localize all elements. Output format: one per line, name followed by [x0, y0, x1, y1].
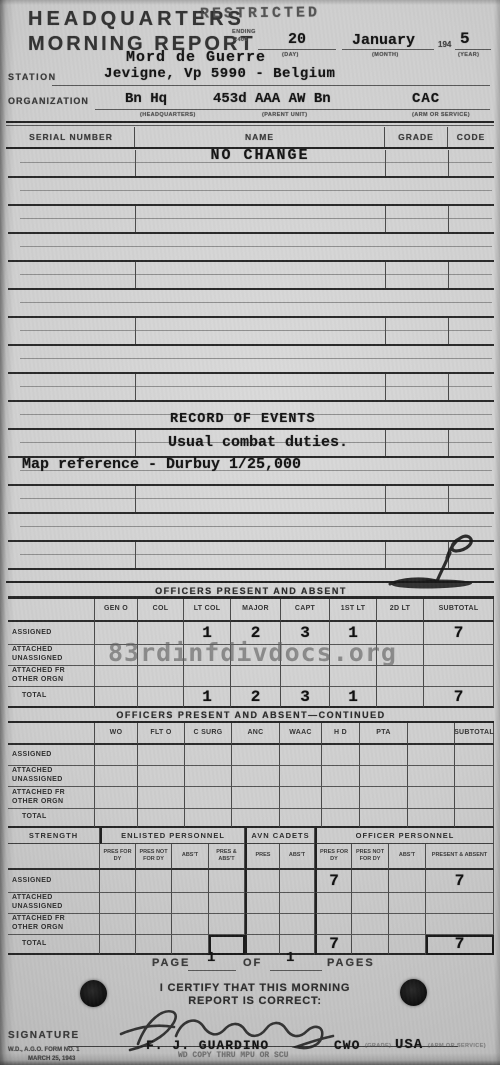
- column-divider: [448, 430, 449, 456]
- col-capt: CAPT: [281, 599, 330, 622]
- ruled-line: [20, 190, 492, 191]
- cell: 7: [426, 935, 494, 955]
- cell: [360, 809, 408, 828]
- cell: 1: [330, 687, 377, 708]
- cell: [352, 893, 389, 914]
- cell: [455, 766, 494, 787]
- column-divider: [385, 486, 386, 512]
- cell: [455, 745, 494, 766]
- ruled-line: [20, 274, 492, 275]
- cell: [245, 914, 280, 935]
- cell: [138, 766, 185, 787]
- cell: [209, 914, 245, 935]
- column-divider: [135, 262, 136, 288]
- cell: [315, 914, 352, 935]
- cell: [426, 893, 494, 914]
- column-code: CODE: [448, 127, 494, 147]
- grade-label: (GRADE): [365, 1043, 391, 1049]
- roster-row: [8, 290, 494, 318]
- cell: [389, 914, 426, 935]
- year-printed: 194: [438, 40, 451, 49]
- cell: [389, 893, 426, 914]
- signature-arm: USA: [395, 1037, 423, 1053]
- column-divider: [448, 486, 449, 512]
- column-divider: [385, 206, 386, 232]
- restricted-stamp: RESTRICTED: [200, 4, 320, 22]
- column-divider: [385, 542, 386, 568]
- cell: [377, 666, 424, 687]
- cell: [408, 809, 455, 828]
- sub-pres-for-dy: PRES FOR DY: [315, 844, 352, 870]
- column-divider: [448, 318, 449, 344]
- record-of-events-line1: Usual combat duties.: [168, 434, 348, 451]
- sub-abst: ABS'T: [172, 844, 209, 870]
- cell: 1: [184, 687, 231, 708]
- cell: [245, 870, 280, 893]
- cell: [8, 844, 100, 870]
- cell: [424, 666, 494, 687]
- cell: [322, 809, 360, 828]
- col-h-d: H D: [322, 723, 360, 745]
- cell: [95, 787, 138, 809]
- cell: [280, 766, 322, 787]
- roster-row: [8, 514, 494, 542]
- row-label: ASSIGNED: [8, 622, 95, 645]
- ruled-line: [20, 330, 492, 331]
- cell: [455, 787, 494, 809]
- row-label: ATTACHED FR OTHER ORGN: [8, 914, 100, 935]
- cell: [408, 766, 455, 787]
- column-divider: [385, 318, 386, 344]
- col-major: MAJOR: [231, 599, 281, 622]
- column-grade: GRADE: [385, 127, 448, 147]
- org-arm-value: CAC: [412, 91, 440, 107]
- cell: [280, 893, 315, 914]
- signature-typed-name: F. J. GUARDINO: [146, 1038, 269, 1053]
- col-wo: WO: [95, 723, 138, 745]
- cell: [136, 914, 172, 935]
- ruled-line: [20, 302, 492, 303]
- cell: [138, 687, 184, 708]
- pages-number: 1: [286, 950, 294, 966]
- pages-label: PAGES: [327, 957, 375, 969]
- column-divider: [135, 206, 136, 232]
- cell: [100, 914, 136, 935]
- group-officer-personnel: OFFICER PERSONNEL: [315, 828, 494, 844]
- col-pta: PTA: [360, 723, 408, 745]
- ruled-line: [20, 358, 492, 359]
- sub-pres-for-dy: PRES FOR DY: [100, 844, 136, 870]
- row-label: TOTAL: [8, 935, 100, 955]
- row-label: ASSIGNED: [8, 870, 100, 893]
- punch-hole-right: [400, 979, 427, 1006]
- cell: [136, 870, 172, 893]
- form-date: MARCH 25, 1943: [28, 1056, 75, 1062]
- column-divider: [135, 430, 136, 456]
- column-divider: [448, 206, 449, 232]
- col-gen-o: GEN O: [95, 599, 138, 622]
- sub-pres: PRES: [245, 844, 280, 870]
- roster-row: [8, 262, 494, 290]
- col-anc: ANC: [232, 723, 280, 745]
- ending-time-label: 2400: [234, 37, 248, 43]
- ruled-line: [20, 246, 492, 247]
- station-label: STATION: [8, 72, 57, 82]
- cell: [245, 893, 280, 914]
- cell: 7: [426, 870, 494, 893]
- sub-pres-not-for-dy: PRES NOT FOR DY: [136, 844, 172, 870]
- ruled-line: [20, 218, 492, 219]
- column-divider: [448, 374, 449, 400]
- row-label: TOTAL: [8, 809, 95, 828]
- date-year-value: 5: [460, 30, 470, 48]
- col-1st-lt: 1ST LT: [330, 599, 377, 622]
- certification-line2: REPORT IS CORRECT:: [130, 995, 380, 1007]
- row-label: ATTACHED UNASSIGNED: [8, 893, 100, 914]
- date-day-value: 20: [288, 31, 306, 48]
- organization-label: ORGANIZATION: [8, 96, 89, 106]
- form-number: W.D., A.G.O. FORM NO. 1: [8, 1047, 79, 1053]
- row-label: ASSIGNED: [8, 745, 95, 766]
- arm-service-label: (ARM OR SERVICE): [428, 1043, 486, 1049]
- col-subtotal: SUBTOTAL: [424, 599, 494, 622]
- cell: [322, 766, 360, 787]
- cell: 3: [281, 687, 330, 708]
- cell: [209, 870, 245, 893]
- cell: [389, 935, 426, 955]
- cell: 7: [315, 935, 352, 955]
- cell: [136, 935, 172, 955]
- cell: [280, 787, 322, 809]
- cell: [138, 666, 184, 687]
- sub-abst: ABS'T: [280, 844, 315, 870]
- officers-continued-table: OFFICERS PRESENT AND ABSENT—CONTINUED WO…: [8, 708, 494, 828]
- cell: [408, 745, 455, 766]
- cell: [280, 914, 315, 935]
- cell: [136, 893, 172, 914]
- day-label: (DAY): [282, 52, 299, 58]
- row-label: TOTAL: [8, 687, 95, 708]
- column-divider: [135, 318, 136, 344]
- cell: [100, 935, 136, 955]
- cell: [352, 870, 389, 893]
- col-col: COL: [138, 599, 184, 622]
- corner-cell: [8, 599, 95, 622]
- group-enlisted-personnel: ENLISTED PERSONNEL: [100, 828, 245, 844]
- cell: [280, 870, 315, 893]
- watermark: 83rdinfdivdocs.org: [108, 638, 397, 667]
- cell: [185, 745, 232, 766]
- cell: [426, 914, 494, 935]
- cell: [377, 687, 424, 708]
- column-divider: [448, 542, 449, 568]
- cell: [245, 935, 280, 955]
- date-month-value: January: [352, 32, 415, 49]
- row-label: ATTACHED FR OTHER ORGN: [8, 787, 95, 809]
- column-divider: [135, 486, 136, 512]
- cell: [280, 809, 322, 828]
- certification-line1: I CERTIFY THAT THIS MORNING: [130, 982, 380, 994]
- cell: [281, 666, 330, 687]
- cell: 7: [424, 687, 494, 708]
- cell: [232, 766, 280, 787]
- ruled-line: [20, 554, 492, 555]
- officers-table-title: OFFICERS PRESENT AND ABSENT: [8, 584, 494, 599]
- cell: [95, 745, 138, 766]
- org-parent-unit-label: (PARENT UNIT): [262, 112, 307, 118]
- station-value: Jevigne, Vp 5990 - Belgium: [104, 66, 335, 82]
- column-serial-number: SERIAL NUMBER: [8, 127, 135, 147]
- cell: [389, 870, 426, 893]
- cell: [315, 893, 352, 914]
- record-of-events-line2: Map reference - Durbuy 1/25,000: [22, 456, 301, 473]
- column-name: NAME: [135, 127, 385, 147]
- roster-rows: [8, 150, 494, 598]
- roster-row: [8, 486, 494, 514]
- ending-label: ENDING: [232, 29, 256, 35]
- cell: [209, 893, 245, 914]
- year-label: (YEAR): [458, 52, 479, 58]
- roster-header: SERIAL NUMBER NAME GRADE CODE: [8, 127, 494, 147]
- cell: [100, 893, 136, 914]
- column-divider: [448, 262, 449, 288]
- cell: [232, 809, 280, 828]
- roster-row: [8, 374, 494, 402]
- page-label: PAGE: [152, 957, 190, 969]
- col-waac: WAAC: [280, 723, 322, 745]
- of-label: OF: [243, 957, 262, 969]
- cell: [185, 809, 232, 828]
- col-lt-col: LT COL: [184, 599, 231, 622]
- col-2d-lt: 2D LT: [377, 599, 424, 622]
- map-zone-typed: Mord de Guerre: [126, 49, 266, 66]
- cell: [185, 787, 232, 809]
- cell: [95, 766, 138, 787]
- cell: [231, 666, 281, 687]
- cell: [184, 666, 231, 687]
- roster-entry-no-change: NO CHANGE: [135, 147, 385, 164]
- row-label: ATTACHED UNASSIGNED: [8, 645, 95, 666]
- cell: [455, 809, 494, 828]
- cell: 2: [231, 687, 281, 708]
- cell: [322, 787, 360, 809]
- cell: 7: [424, 622, 494, 645]
- ruled-line: [20, 498, 492, 499]
- cell: [424, 645, 494, 666]
- col-c-surg: C SURG: [185, 723, 232, 745]
- ruled-line: [20, 386, 492, 387]
- record-of-events-title: RECORD OF EVENTS: [170, 412, 316, 429]
- cell: [138, 809, 185, 828]
- column-divider: [448, 150, 449, 176]
- group-avn-cadets: AVN CADETS: [245, 828, 315, 844]
- roster-row: [8, 318, 494, 346]
- row-label: ATTACHED FR OTHER ORGN: [8, 666, 95, 687]
- cell: 7: [315, 870, 352, 893]
- cell: [172, 935, 209, 955]
- cell: [330, 666, 377, 687]
- col-blank: [408, 723, 455, 745]
- cell: [138, 745, 185, 766]
- cell: [352, 914, 389, 935]
- cell: [172, 870, 209, 893]
- cell: [138, 787, 185, 809]
- roster-row: [8, 206, 494, 234]
- cell: [360, 745, 408, 766]
- column-divider: [385, 430, 386, 456]
- org-parent-unit-value: 453d AAA AW Bn: [213, 91, 331, 107]
- column-divider: [135, 374, 136, 400]
- officers-continued-title: OFFICERS PRESENT AND ABSENT—CONTINUED: [8, 708, 494, 723]
- morning-report-form: HEADQUARTERS RESTRICTED MORNING REPORT E…: [0, 0, 500, 1065]
- cell: [185, 766, 232, 787]
- column-divider: [385, 262, 386, 288]
- sub-abst: ABS'T: [389, 844, 426, 870]
- strength-table: STRENGTH ENLISTED PERSONNEL AVN CADETS O…: [8, 828, 494, 955]
- signature-label: SIGNATURE: [8, 1030, 80, 1041]
- roster-row: [8, 346, 494, 374]
- cell: [280, 745, 322, 766]
- ruled-line: [20, 526, 492, 527]
- corner-cell: [8, 723, 95, 745]
- month-label: (MONTH): [372, 52, 399, 58]
- punch-hole-left: [80, 980, 107, 1007]
- cell: [232, 745, 280, 766]
- cell: [172, 893, 209, 914]
- page-number: 1: [207, 950, 215, 966]
- cell: [322, 745, 360, 766]
- cell: [95, 666, 138, 687]
- strength-corner-label: STRENGTH: [8, 828, 100, 844]
- org-headquarters-value: Bn Hq: [125, 91, 167, 107]
- sub-pres-abst: PRES & ABS'T: [209, 844, 245, 870]
- col-subtotal: SUBTOTAL: [455, 723, 494, 745]
- roster-row: [8, 234, 494, 262]
- roster-row: [8, 178, 494, 206]
- cell: [408, 787, 455, 809]
- cell: [95, 809, 138, 828]
- column-divider: [135, 542, 136, 568]
- cell: [360, 787, 408, 809]
- org-headquarters-label: (HEADQUARTERS): [140, 112, 196, 118]
- cell: [360, 766, 408, 787]
- cell: [172, 914, 209, 935]
- sub-present-absent: PRESENT & ABSENT: [426, 844, 494, 870]
- row-label: ATTACHED UNASSIGNED: [8, 766, 95, 787]
- roster-row: [8, 542, 494, 570]
- cell: [352, 935, 389, 955]
- cell: [232, 787, 280, 809]
- cell: [95, 687, 138, 708]
- cell: [100, 870, 136, 893]
- signature-grade: CWO: [334, 1038, 360, 1053]
- column-divider: [385, 150, 386, 176]
- column-divider: [385, 374, 386, 400]
- sub-pres-not-for-dy: PRES NOT FOR DY: [352, 844, 389, 870]
- col-flt-o: FLT O: [138, 723, 185, 745]
- org-arm-label: (ARM OR SERVICE): [412, 112, 470, 118]
